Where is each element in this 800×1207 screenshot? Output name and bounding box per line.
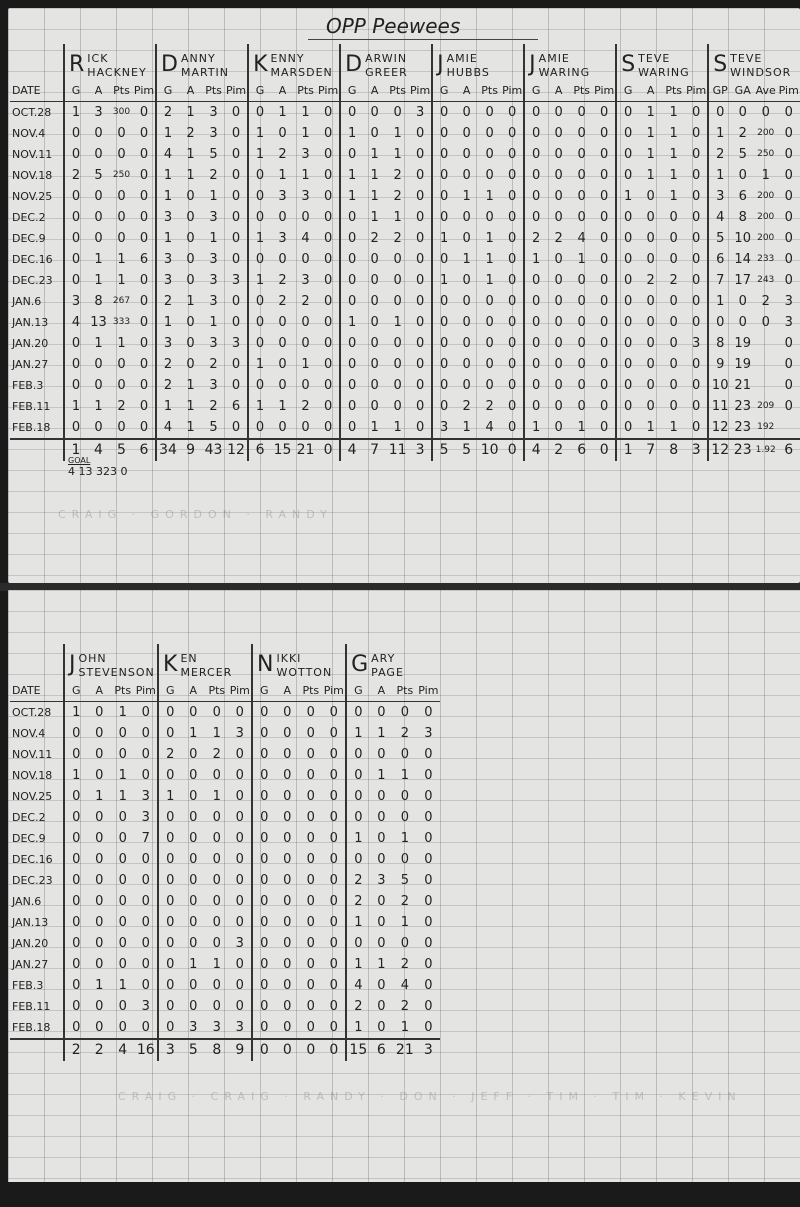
stat-cell: 1 — [455, 417, 478, 439]
stat-cell: 0 — [158, 996, 182, 1017]
stat-cell: 1 — [478, 270, 501, 291]
stat-cell: 0 — [299, 723, 323, 744]
stat-cell: 0 — [593, 333, 616, 354]
stat-cell: 0 — [229, 702, 253, 724]
stat-cell: 3 — [432, 417, 455, 439]
stat-cell: 0 — [323, 891, 347, 912]
stat-column-header: Pts — [299, 680, 323, 702]
stat-cell: 0 — [248, 186, 271, 207]
stat-cell: 0 — [386, 249, 409, 270]
stat-cell: 1 — [370, 765, 394, 786]
stat-cell: 10 — [708, 375, 731, 396]
stat-cell: 0 — [639, 291, 662, 312]
game-date: JAN.27 — [10, 354, 64, 375]
stat-cell: 0 — [409, 333, 432, 354]
stat-cell: 3 — [156, 270, 179, 291]
game-row: NOV.110000415012300110000000000110252500 — [10, 144, 800, 165]
stat-column-header: G — [64, 80, 87, 102]
stat-cell: 0 — [570, 270, 593, 291]
player-first-name: EN — [180, 652, 197, 665]
stat-cell: 0 — [135, 702, 159, 724]
game-row: JAN.60000000000002020 — [10, 891, 440, 912]
stat-cell: 1 — [478, 186, 501, 207]
total-cell: 0 — [276, 1039, 300, 1061]
stat-cell: 3 — [64, 291, 87, 312]
stat-cell: 0 — [501, 354, 524, 375]
stat-cell: 0 — [158, 891, 182, 912]
stat-cell: 1 — [179, 375, 202, 396]
game-row: FEB.3000021300000000000000000000010210 — [10, 375, 800, 396]
stat-cell: 0 — [639, 228, 662, 249]
stat-cell: 0 — [87, 228, 110, 249]
stat-cell: 19 — [731, 333, 754, 354]
stat-cell: 0 — [317, 186, 340, 207]
game-date: JAN.20 — [10, 333, 64, 354]
stat-cell: 1 — [179, 144, 202, 165]
stat-cell: 0 — [593, 291, 616, 312]
stat-cell: 243 — [754, 270, 777, 291]
stat-cell — [754, 354, 777, 375]
stat-cell: 0 — [276, 954, 300, 975]
stat-cell: 0 — [455, 165, 478, 186]
game-row: JAN.200000000300000000 — [10, 933, 440, 954]
total-cell: 5 — [182, 1039, 206, 1061]
stat-cell: 0 — [777, 333, 800, 354]
stat-cell: 0 — [685, 375, 708, 396]
stat-cell: 0 — [252, 702, 276, 724]
stat-cell: 0 — [417, 912, 441, 933]
stat-cell: 0 — [455, 207, 478, 228]
stat-cell: 0 — [478, 144, 501, 165]
stat-cell: 0 — [524, 165, 547, 186]
stat-cell: 0 — [252, 891, 276, 912]
stat-cell: 1 — [248, 144, 271, 165]
stat-cell: 0 — [317, 375, 340, 396]
stat-cell: 0 — [501, 396, 524, 417]
stat-cell: 0 — [547, 333, 570, 354]
stat-cell: 3 — [225, 270, 248, 291]
game-date: OCT.28 — [10, 702, 64, 724]
stat-cell: 0 — [64, 744, 88, 765]
stat-cell: 5 — [708, 228, 731, 249]
stat-cell: 0 — [685, 312, 708, 333]
stat-cell: 0 — [616, 102, 639, 124]
stat-cell: 2 — [386, 165, 409, 186]
stat-cell: 0 — [299, 891, 323, 912]
stat-cell: 2 — [156, 354, 179, 375]
stat-cell: 0 — [64, 807, 88, 828]
stat-cell: 0 — [731, 165, 754, 186]
stat-cell: 0 — [323, 870, 347, 891]
stat-cell: 1 — [205, 954, 229, 975]
stat-cell: 0 — [524, 270, 547, 291]
stat-cell: 1 — [156, 396, 179, 417]
stat-cell: 200 — [754, 123, 777, 144]
stat-cell: 1 — [248, 354, 271, 375]
stat-cell: 0 — [179, 270, 202, 291]
stat-cell: 0 — [370, 996, 394, 1017]
stat-cell: 0 — [777, 249, 800, 270]
stat-cell: 0 — [386, 396, 409, 417]
stat-cell: 1 — [708, 123, 731, 144]
stat-column-header: G — [524, 80, 547, 102]
stat-cell: 0 — [179, 312, 202, 333]
stat-cell: 0 — [276, 786, 300, 807]
top-stats-table: RICKHACKNEYDANNYMARTINKENNYMARSDENDARWIN… — [10, 44, 800, 461]
stat-cell: 0 — [570, 102, 593, 124]
stat-cell: 1 — [432, 228, 455, 249]
stat-cell: 0 — [340, 396, 363, 417]
stat-cell: 1 — [248, 228, 271, 249]
top-ledger-page: OPP Peewees RICKHACKNEYDANNYMARTINKENNYM… — [8, 8, 800, 583]
stat-cell: 0 — [64, 954, 88, 975]
player-name-header: STEVEWARING — [616, 44, 708, 80]
player-name-header: NIKKIWOTTON — [252, 644, 346, 680]
stat-cell: 0 — [276, 744, 300, 765]
stat-cell: 2 — [156, 102, 179, 124]
stat-cell: 0 — [478, 312, 501, 333]
stat-cell: 0 — [317, 228, 340, 249]
stat-cell: 0 — [179, 228, 202, 249]
stat-cell: 5 — [731, 144, 754, 165]
stat-cell: 6 — [708, 249, 731, 270]
total-cell: 15 — [271, 439, 294, 461]
stat-cell: 0 — [524, 312, 547, 333]
stat-cell: 2 — [547, 228, 570, 249]
stat-cell: 0 — [662, 228, 685, 249]
stat-cell: 0 — [455, 270, 478, 291]
stat-cell: 0 — [363, 396, 386, 417]
stat-cell: 0 — [299, 933, 323, 954]
stat-column-header: A — [88, 680, 112, 702]
stat-cell: 0 — [271, 354, 294, 375]
stat-cell: 0 — [547, 165, 570, 186]
stat-cell: 0 — [346, 744, 370, 765]
stat-cell: 1 — [158, 786, 182, 807]
player-last-name: WOTTON — [277, 666, 333, 679]
stat-cell: 3 — [202, 102, 225, 124]
stat-cell: 0 — [570, 375, 593, 396]
stat-cell: 0 — [64, 828, 88, 849]
stat-cell: 0 — [111, 828, 135, 849]
stat-column-header: A — [639, 80, 662, 102]
total-cell: 23 — [731, 439, 754, 461]
stat-cell: 0 — [455, 354, 478, 375]
stat-cell: 0 — [87, 354, 110, 375]
stat-cell: 0 — [393, 744, 417, 765]
stat-cell: 0 — [363, 333, 386, 354]
stat-cell: 3 — [202, 249, 225, 270]
stat-cell: 17 — [731, 270, 754, 291]
stat-cell: 0 — [754, 102, 777, 124]
stat-cell: 8 — [731, 207, 754, 228]
stat-cell: 0 — [662, 354, 685, 375]
stat-column-header: Pts — [110, 80, 133, 102]
stat-cell: 0 — [158, 912, 182, 933]
stat-cell: 1 — [455, 186, 478, 207]
stat-cell: 0 — [299, 744, 323, 765]
stat-column-header: Pts — [386, 80, 409, 102]
game-row: JAN.63826702130022000000000000000001023 — [10, 291, 800, 312]
stat-cell: 0 — [340, 354, 363, 375]
stat-cell: 0 — [323, 744, 347, 765]
stat-cell: 0 — [685, 207, 708, 228]
stat-cell: 0 — [547, 417, 570, 439]
stat-cell: 0 — [417, 849, 441, 870]
total-cell: 3 — [158, 1039, 182, 1061]
stat-column-header: G — [616, 80, 639, 102]
stat-cell: 0 — [417, 702, 441, 724]
game-row: FEB.111120112611200000022000000000112320… — [10, 396, 800, 417]
total-cell: 7 — [639, 439, 662, 461]
stat-cell: 0 — [593, 249, 616, 270]
stat-cell: 0 — [455, 375, 478, 396]
season-total-row: 1456349431261521047113551004260178312231… — [10, 439, 800, 461]
stat-cell: 0 — [370, 828, 394, 849]
stat-cell: 0 — [346, 807, 370, 828]
stat-cell: 2 — [754, 291, 777, 312]
stat-cell: 3 — [685, 333, 708, 354]
stat-cell: 0 — [616, 249, 639, 270]
stat-cell: 3 — [271, 228, 294, 249]
stat-cell: 1 — [340, 186, 363, 207]
stat-cell: 0 — [370, 786, 394, 807]
stat-cell: 0 — [417, 786, 441, 807]
stat-cell: 0 — [432, 123, 455, 144]
stat-cell: 0 — [501, 417, 524, 439]
stat-cell: 0 — [524, 144, 547, 165]
stat-cell: 0 — [88, 891, 112, 912]
player-last-name: PAGE — [371, 666, 404, 679]
stat-cell: 0 — [110, 354, 133, 375]
stat-cell: 233 — [754, 249, 777, 270]
player-initial: K — [163, 652, 178, 678]
stat-cell: 0 — [317, 123, 340, 144]
stat-cell: 1 — [179, 396, 202, 417]
stat-cell: 0 — [88, 702, 112, 724]
stat-cell: 0 — [133, 123, 156, 144]
stat-cell: 0 — [299, 975, 323, 996]
stat-cell: 1 — [363, 186, 386, 207]
stat-column-header: Pts — [570, 80, 593, 102]
stat-cell: 0 — [323, 1017, 347, 1039]
stat-cell: 3 — [271, 186, 294, 207]
game-date: JAN.13 — [10, 912, 64, 933]
stat-cell: 0 — [409, 207, 432, 228]
stat-cell: 2 — [202, 165, 225, 186]
stat-cell: 0 — [777, 354, 800, 375]
player-name-row: JOHNSTEVENSONKENMERCERNIKKIWOTTONGARYPAG… — [10, 644, 440, 680]
stat-cell: 0 — [363, 354, 386, 375]
stat-cell: 0 — [432, 375, 455, 396]
stat-cell: 6 — [225, 396, 248, 417]
stat-cell: 0 — [182, 702, 206, 724]
game-date: NOV.4 — [10, 723, 64, 744]
stat-cell: 0 — [616, 228, 639, 249]
stat-cell: 0 — [276, 1017, 300, 1039]
total-cell: 16 — [135, 1039, 159, 1061]
total-cell: 0 — [323, 1039, 347, 1061]
stat-column-header: Pim — [593, 80, 616, 102]
stat-cell: 333 — [110, 312, 133, 333]
game-date: JAN.13 — [10, 312, 64, 333]
stat-cell: 0 — [276, 807, 300, 828]
stat-cell: 0 — [276, 891, 300, 912]
stat-cell: 2 — [271, 270, 294, 291]
stat-cell: 0 — [225, 186, 248, 207]
stat-cell: 0 — [182, 975, 206, 996]
stat-cell: 0 — [64, 891, 88, 912]
stat-cell: 0 — [271, 123, 294, 144]
total-cell: 11 — [386, 439, 409, 461]
stat-cell: 0 — [662, 333, 685, 354]
stat-cell: 0 — [110, 186, 133, 207]
game-date: DEC.2 — [10, 207, 64, 228]
total-cell: 6 — [248, 439, 271, 461]
player-initial: G — [351, 652, 369, 678]
stat-cell: 0 — [639, 396, 662, 417]
stat-cell: 0 — [158, 723, 182, 744]
stat-cell: 1 — [271, 102, 294, 124]
stat-cell: 0 — [616, 207, 639, 228]
stat-cell: 1 — [662, 417, 685, 439]
stat-cell: 0 — [133, 291, 156, 312]
stat-cell: 0 — [205, 891, 229, 912]
stat-cell: 0 — [276, 975, 300, 996]
stat-cell: 0 — [346, 786, 370, 807]
stat-cell: 0 — [323, 786, 347, 807]
stat-cell: 0 — [248, 333, 271, 354]
stat-column-header: Pim — [501, 80, 524, 102]
stat-cell: 0 — [370, 975, 394, 996]
stat-cell: 0 — [87, 144, 110, 165]
stat-cell: 1 — [363, 165, 386, 186]
game-row: OCT.281010000000000000 — [10, 702, 440, 724]
player-last-name: WINDSOR — [730, 66, 791, 79]
stat-cell: 0 — [478, 165, 501, 186]
stat-cell: 0 — [88, 828, 112, 849]
stat-cell: 0 — [133, 207, 156, 228]
stat-cell: 0 — [88, 954, 112, 975]
stat-cell: 0 — [88, 744, 112, 765]
stat-cell: 0 — [225, 375, 248, 396]
stat-cell: 0 — [501, 312, 524, 333]
game-date: DEC.2 — [10, 807, 64, 828]
stat-cell: 0 — [317, 312, 340, 333]
stat-cell: 1 — [393, 1017, 417, 1039]
stat-cell: 0 — [393, 933, 417, 954]
stat-column-header: A — [455, 80, 478, 102]
stat-cell: 0 — [271, 375, 294, 396]
stat-cell: 0 — [570, 165, 593, 186]
total-cell: 7 — [363, 439, 386, 461]
stat-cell: 0 — [133, 102, 156, 124]
stat-cell: 0 — [662, 207, 685, 228]
stat-column-header: Pts — [111, 680, 135, 702]
stat-cell: 0 — [731, 102, 754, 124]
stat-cell: 0 — [547, 186, 570, 207]
stat-cell: 0 — [317, 354, 340, 375]
game-row: DEC.160000000000000000 — [10, 849, 440, 870]
stat-cell: 2 — [346, 870, 370, 891]
game-row: FEB.180000033300001010 — [10, 1017, 440, 1039]
stat-cell: 0 — [133, 417, 156, 439]
stat-cell: 0 — [64, 723, 88, 744]
stat-cell: 0 — [432, 186, 455, 207]
stat-cell: 0 — [323, 912, 347, 933]
stat-cell: 0 — [111, 933, 135, 954]
stat-cell: 0 — [179, 186, 202, 207]
stat-cell: 0 — [158, 1017, 182, 1039]
stat-column-header: Ave — [754, 80, 777, 102]
stat-cell: 3 — [135, 786, 159, 807]
stat-column-header: A — [271, 80, 294, 102]
stat-cell: 2 — [708, 144, 731, 165]
stat-cell: 0 — [323, 975, 347, 996]
stat-cell: 1 — [248, 396, 271, 417]
total-cell: 0 — [593, 439, 616, 461]
stat-cell: 0 — [685, 249, 708, 270]
stat-cell: 0 — [299, 702, 323, 724]
stat-cell: 0 — [317, 333, 340, 354]
stat-cell: 0 — [409, 396, 432, 417]
stat-cell: 0 — [346, 849, 370, 870]
stat-cell: 0 — [777, 165, 800, 186]
player-initial: S — [713, 52, 728, 78]
stat-cell: 23 — [731, 417, 754, 439]
player-first-name: AMIE — [447, 52, 478, 65]
stat-cell: 0 — [88, 765, 112, 786]
stat-cell: 1 — [294, 102, 317, 124]
stat-cell: 5 — [202, 144, 225, 165]
stat-column-header: Pts — [393, 680, 417, 702]
stat-cell: 0 — [111, 891, 135, 912]
stat-cell: 0 — [158, 933, 182, 954]
stat-cell: 0 — [182, 912, 206, 933]
game-date: OCT.28 — [10, 102, 64, 124]
stat-cell: 0 — [158, 828, 182, 849]
stat-cell: 0 — [417, 891, 441, 912]
stat-cell: 1 — [346, 1017, 370, 1039]
game-date: DEC.23 — [10, 270, 64, 291]
stat-cell: 0 — [593, 312, 616, 333]
bleed-through-text: CRAIG · CRAIG · RANDY · DON · JEFF · TIM… — [118, 1090, 742, 1103]
total-cell: 21 — [393, 1039, 417, 1061]
stat-cell: 0 — [432, 354, 455, 375]
stat-cell: 0 — [64, 207, 87, 228]
stat-cell: 3 — [229, 723, 253, 744]
stat-cell: 12 — [708, 417, 731, 439]
stat-cell: 2 — [202, 354, 225, 375]
stat-cell: 0 — [340, 417, 363, 439]
stat-cell: 0 — [370, 912, 394, 933]
player-name-header: DANNYMARTIN — [156, 44, 248, 80]
player-name-header: STEVEWINDSOR — [708, 44, 800, 80]
stat-cell: 3 — [294, 186, 317, 207]
player-first-name: ENNY — [271, 52, 305, 65]
stat-cell: 0 — [225, 291, 248, 312]
stat-cell: 0 — [616, 123, 639, 144]
total-cell: 0 — [501, 439, 524, 461]
stat-cell: 0 — [252, 828, 276, 849]
stat-cell: 0 — [276, 870, 300, 891]
stat-cell: 0 — [547, 249, 570, 270]
stat-cell: 0 — [252, 933, 276, 954]
stat-cell: 0 — [252, 765, 276, 786]
stat-cell: 1 — [639, 144, 662, 165]
stat-cell: 0 — [777, 375, 800, 396]
player-initial: D — [345, 52, 363, 78]
